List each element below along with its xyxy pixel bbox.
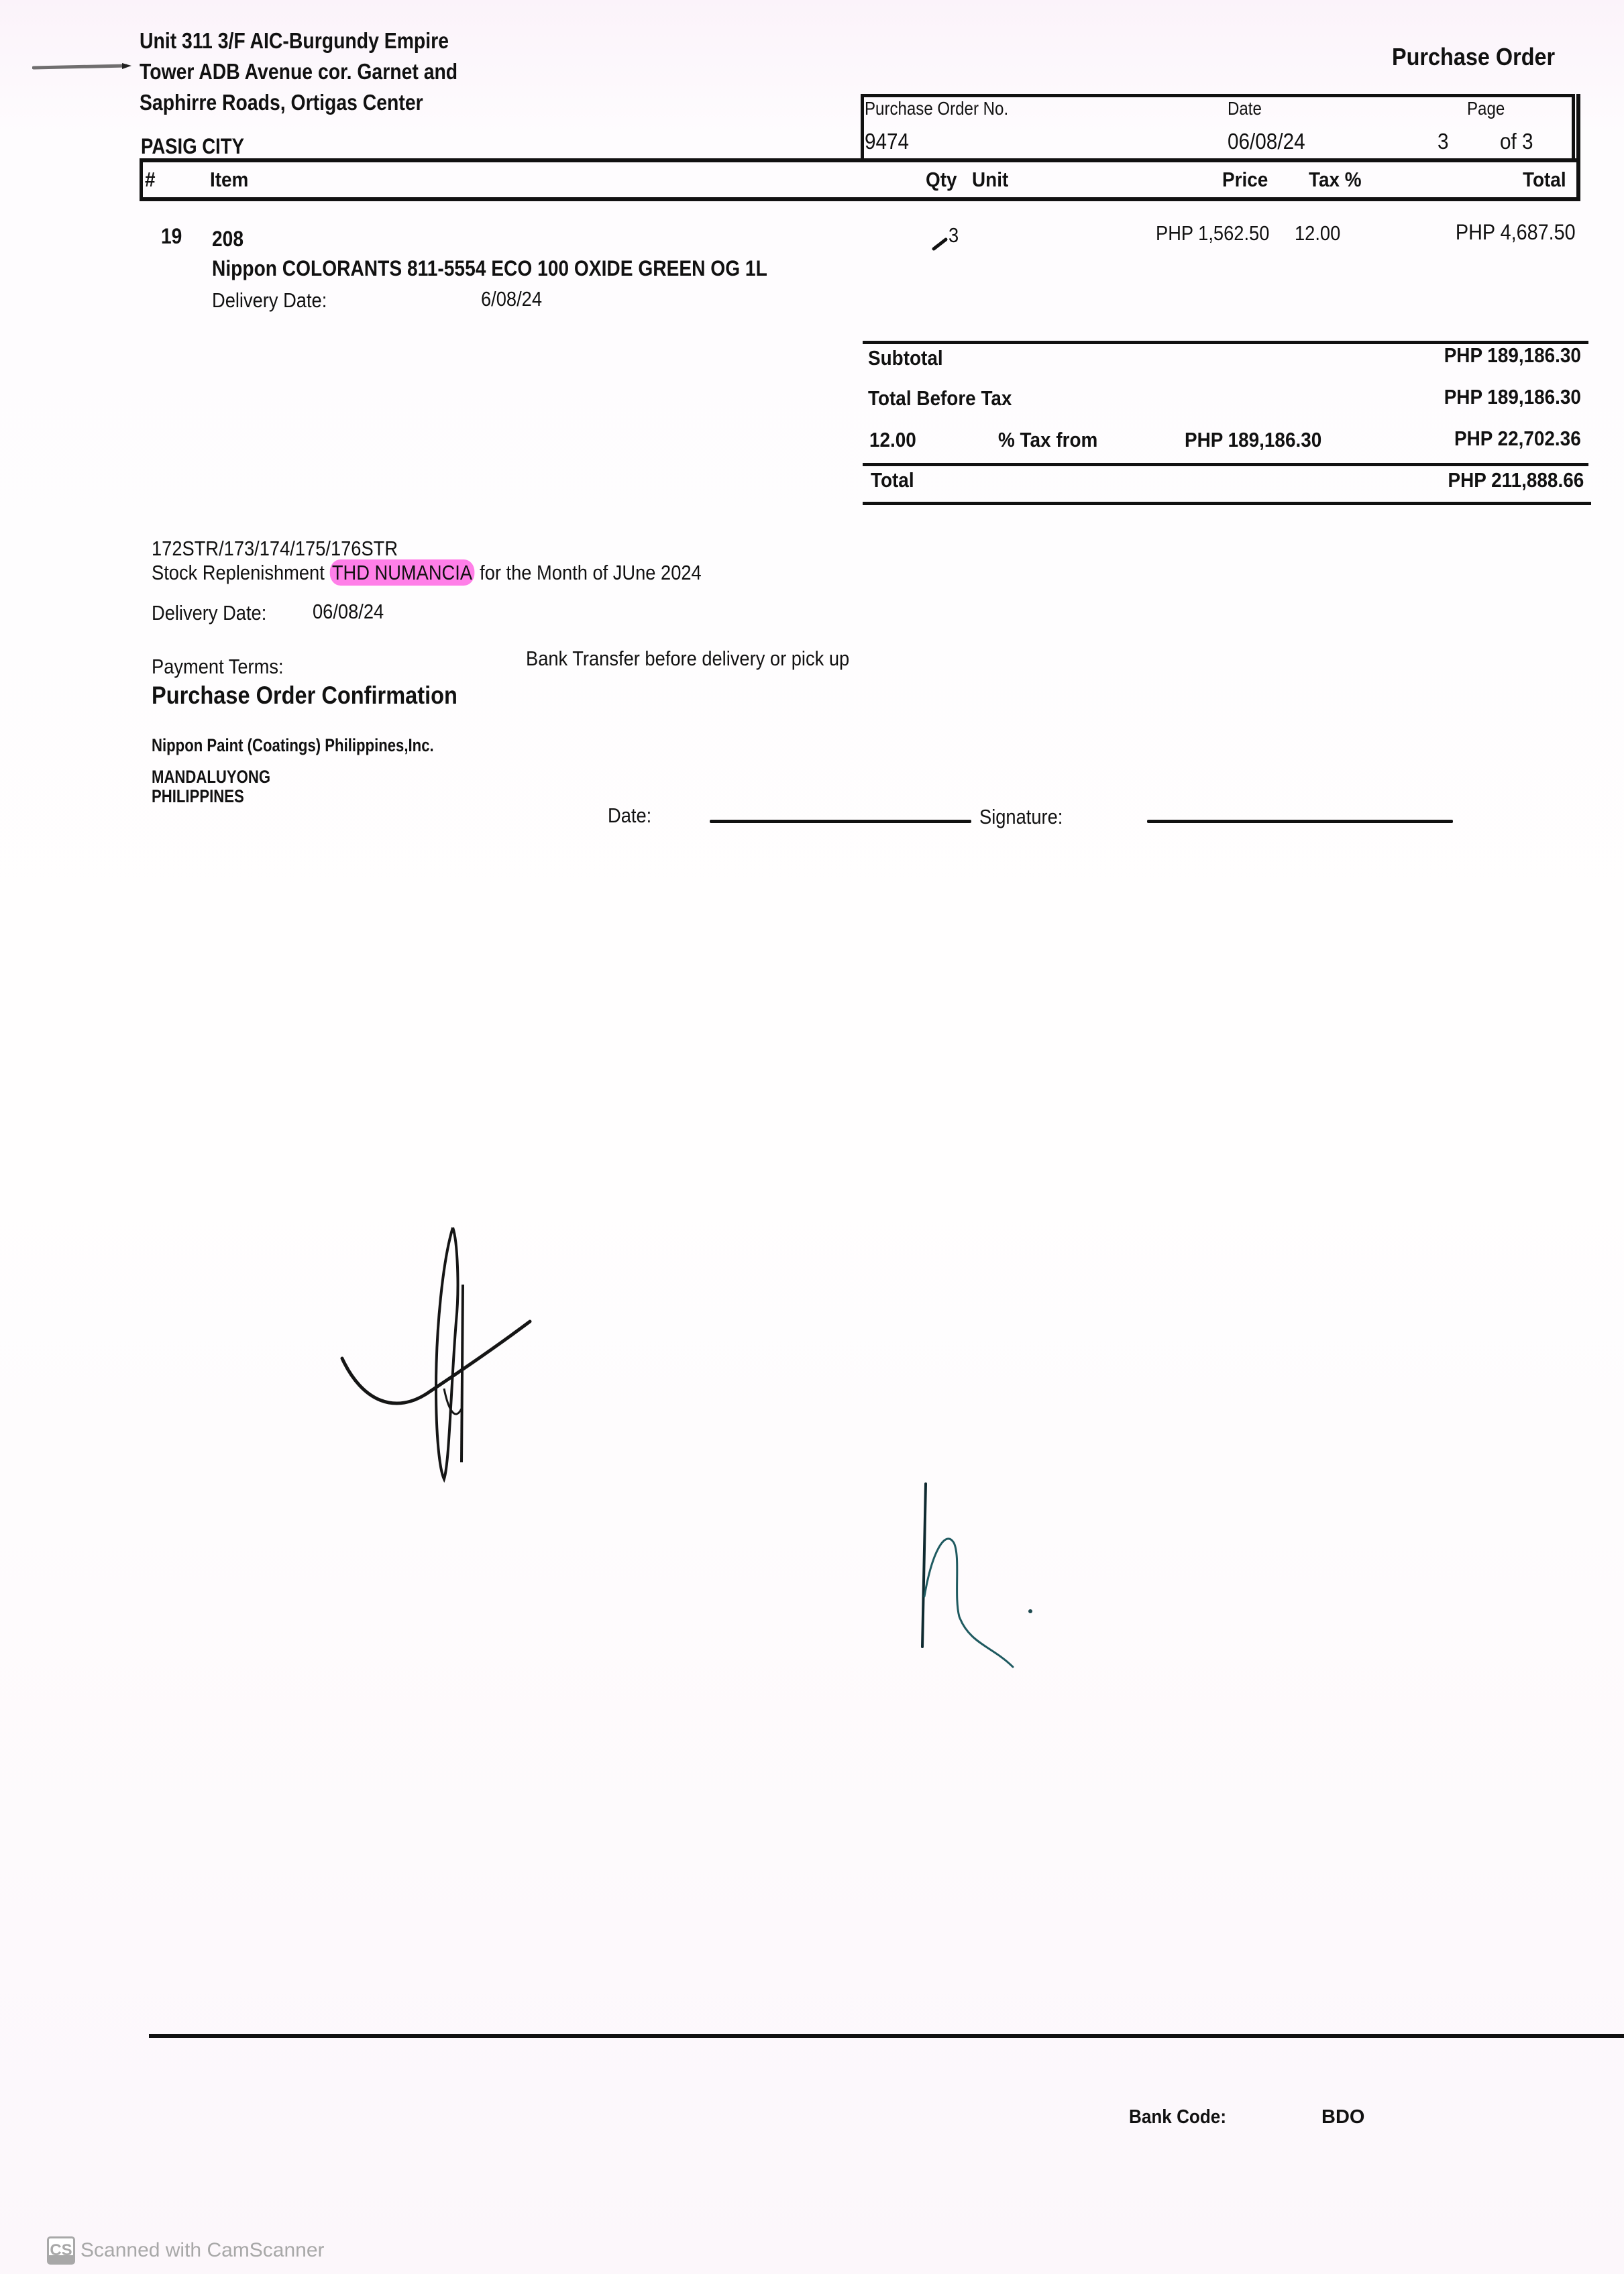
address-line-1: Unit 311 3/F AIC-Burgundy Empire: [140, 25, 457, 56]
date-label: Date: [1228, 98, 1262, 119]
tax-from-label: % Tax from: [998, 428, 1097, 452]
before-tax-value: PHP 189,186.30: [1444, 385, 1581, 409]
vendor-city: MANDALUYONG: [152, 767, 270, 787]
delivery-date-label: Delivery Date:: [152, 601, 266, 625]
scanner-watermark-text: Scanned with CamScanner: [80, 2239, 325, 2262]
col-header-tax: Tax %: [1309, 168, 1362, 192]
signoff-signature-label: Signature:: [979, 805, 1063, 829]
vendor-country: PHILIPPINES: [152, 786, 244, 806]
camscanner-logo-icon: CS: [47, 2236, 75, 2265]
subtotal-label: Subtotal: [868, 346, 943, 370]
signoff-signature-line: [1147, 820, 1453, 823]
col-header-price: Price: [1222, 168, 1268, 192]
tax-rate: 12.00: [869, 428, 916, 452]
table-header-bottom-rule: [140, 197, 1580, 201]
item-total: PHP 4,687.50: [1456, 220, 1576, 245]
stock-replenishment-line: Stock Replenishment THD NUMANCIA for the…: [152, 561, 702, 585]
col-header-unit: Unit: [972, 168, 1008, 192]
page-label: Page: [1467, 98, 1505, 119]
col-header-total: Total: [1523, 168, 1566, 192]
table-header-top-rule: [140, 158, 1580, 162]
po-number-label: Purchase Order No.: [865, 98, 1008, 119]
item-qty: 3: [949, 223, 959, 248]
item-delivery-label: Delivery Date:: [212, 288, 327, 313]
reference-numbers: 172STR/173/174/175/176STR: [152, 537, 398, 561]
footer-rule: [149, 2034, 1624, 2038]
payment-terms-label: Payment Terms:: [152, 655, 284, 679]
po-date: 06/08/24: [1228, 129, 1305, 154]
total-label: Total: [871, 468, 914, 492]
summary-mid-rule: [863, 463, 1588, 466]
replenishment-suffix: for the Month of JUne 2024: [475, 561, 702, 584]
handwritten-signature-2: [906, 1476, 1060, 1690]
company-address: Unit 311 3/F AIC-Burgundy Empire Tower A…: [140, 25, 457, 118]
item-price: PHP 1,562.50: [1156, 221, 1269, 246]
tax-amount: PHP 22,702.36: [1454, 427, 1581, 451]
po-number: 9474: [865, 129, 909, 154]
company-city: PASIG CITY: [141, 134, 244, 159]
line-number: 19: [161, 224, 182, 249]
address-line-2: Tower ADB Avenue cor. Garnet and: [140, 56, 457, 87]
pen-arrow-mark: [32, 62, 133, 71]
page-total: of 3: [1500, 129, 1533, 154]
handwritten-signature-1: [335, 1221, 550, 1489]
col-header-item: Item: [210, 168, 248, 192]
before-tax-label: Total Before Tax: [868, 386, 1012, 411]
item-delivery-date: 6/08/24: [481, 287, 542, 311]
signoff-date-line: [710, 820, 971, 823]
signoff-date-label: Date:: [608, 804, 651, 828]
highlighted-branch: THD NUMANCIA: [329, 559, 474, 586]
bank-code-value: BDO: [1321, 2106, 1364, 2128]
confirmation-heading: Purchase Order Confirmation: [152, 682, 457, 710]
scanned-page: Unit 311 3/F AIC-Burgundy Empire Tower A…: [0, 0, 1624, 2274]
subtotal-value: PHP 189,186.30: [1444, 343, 1581, 368]
table-header-right-rule: [1576, 94, 1580, 201]
col-header-num: #: [145, 168, 156, 192]
table-header-left-rule: [140, 158, 143, 201]
tax-base: PHP 189,186.30: [1185, 428, 1321, 452]
summary-bottom-rule: [863, 502, 1591, 505]
address-line-3: Saphirre Roads, Ortigas Center: [140, 87, 457, 118]
col-header-qty: Qty: [926, 168, 957, 192]
delivery-date-value: 06/08/24: [313, 600, 384, 624]
bank-code-label: Bank Code:: [1129, 2106, 1226, 2128]
replenishment-prefix: Stock Replenishment: [152, 561, 329, 584]
vendor-name: Nippon Paint (Coatings) Philippines,Inc.: [152, 735, 434, 755]
payment-terms-value: Bank Transfer before delivery or pick up: [526, 647, 849, 671]
scanner-watermark: CS Scanned with CamScanner: [47, 2236, 325, 2265]
total-value: PHP 211,888.66: [1448, 468, 1584, 492]
page-current: 3: [1438, 129, 1449, 154]
document-title: Purchase Order: [1392, 43, 1555, 71]
item-description: Nippon COLORANTS 811-5554 ECO 100 OXIDE …: [212, 256, 767, 281]
item-code: 208: [212, 227, 243, 252]
item-tax: 12.00: [1295, 221, 1340, 246]
